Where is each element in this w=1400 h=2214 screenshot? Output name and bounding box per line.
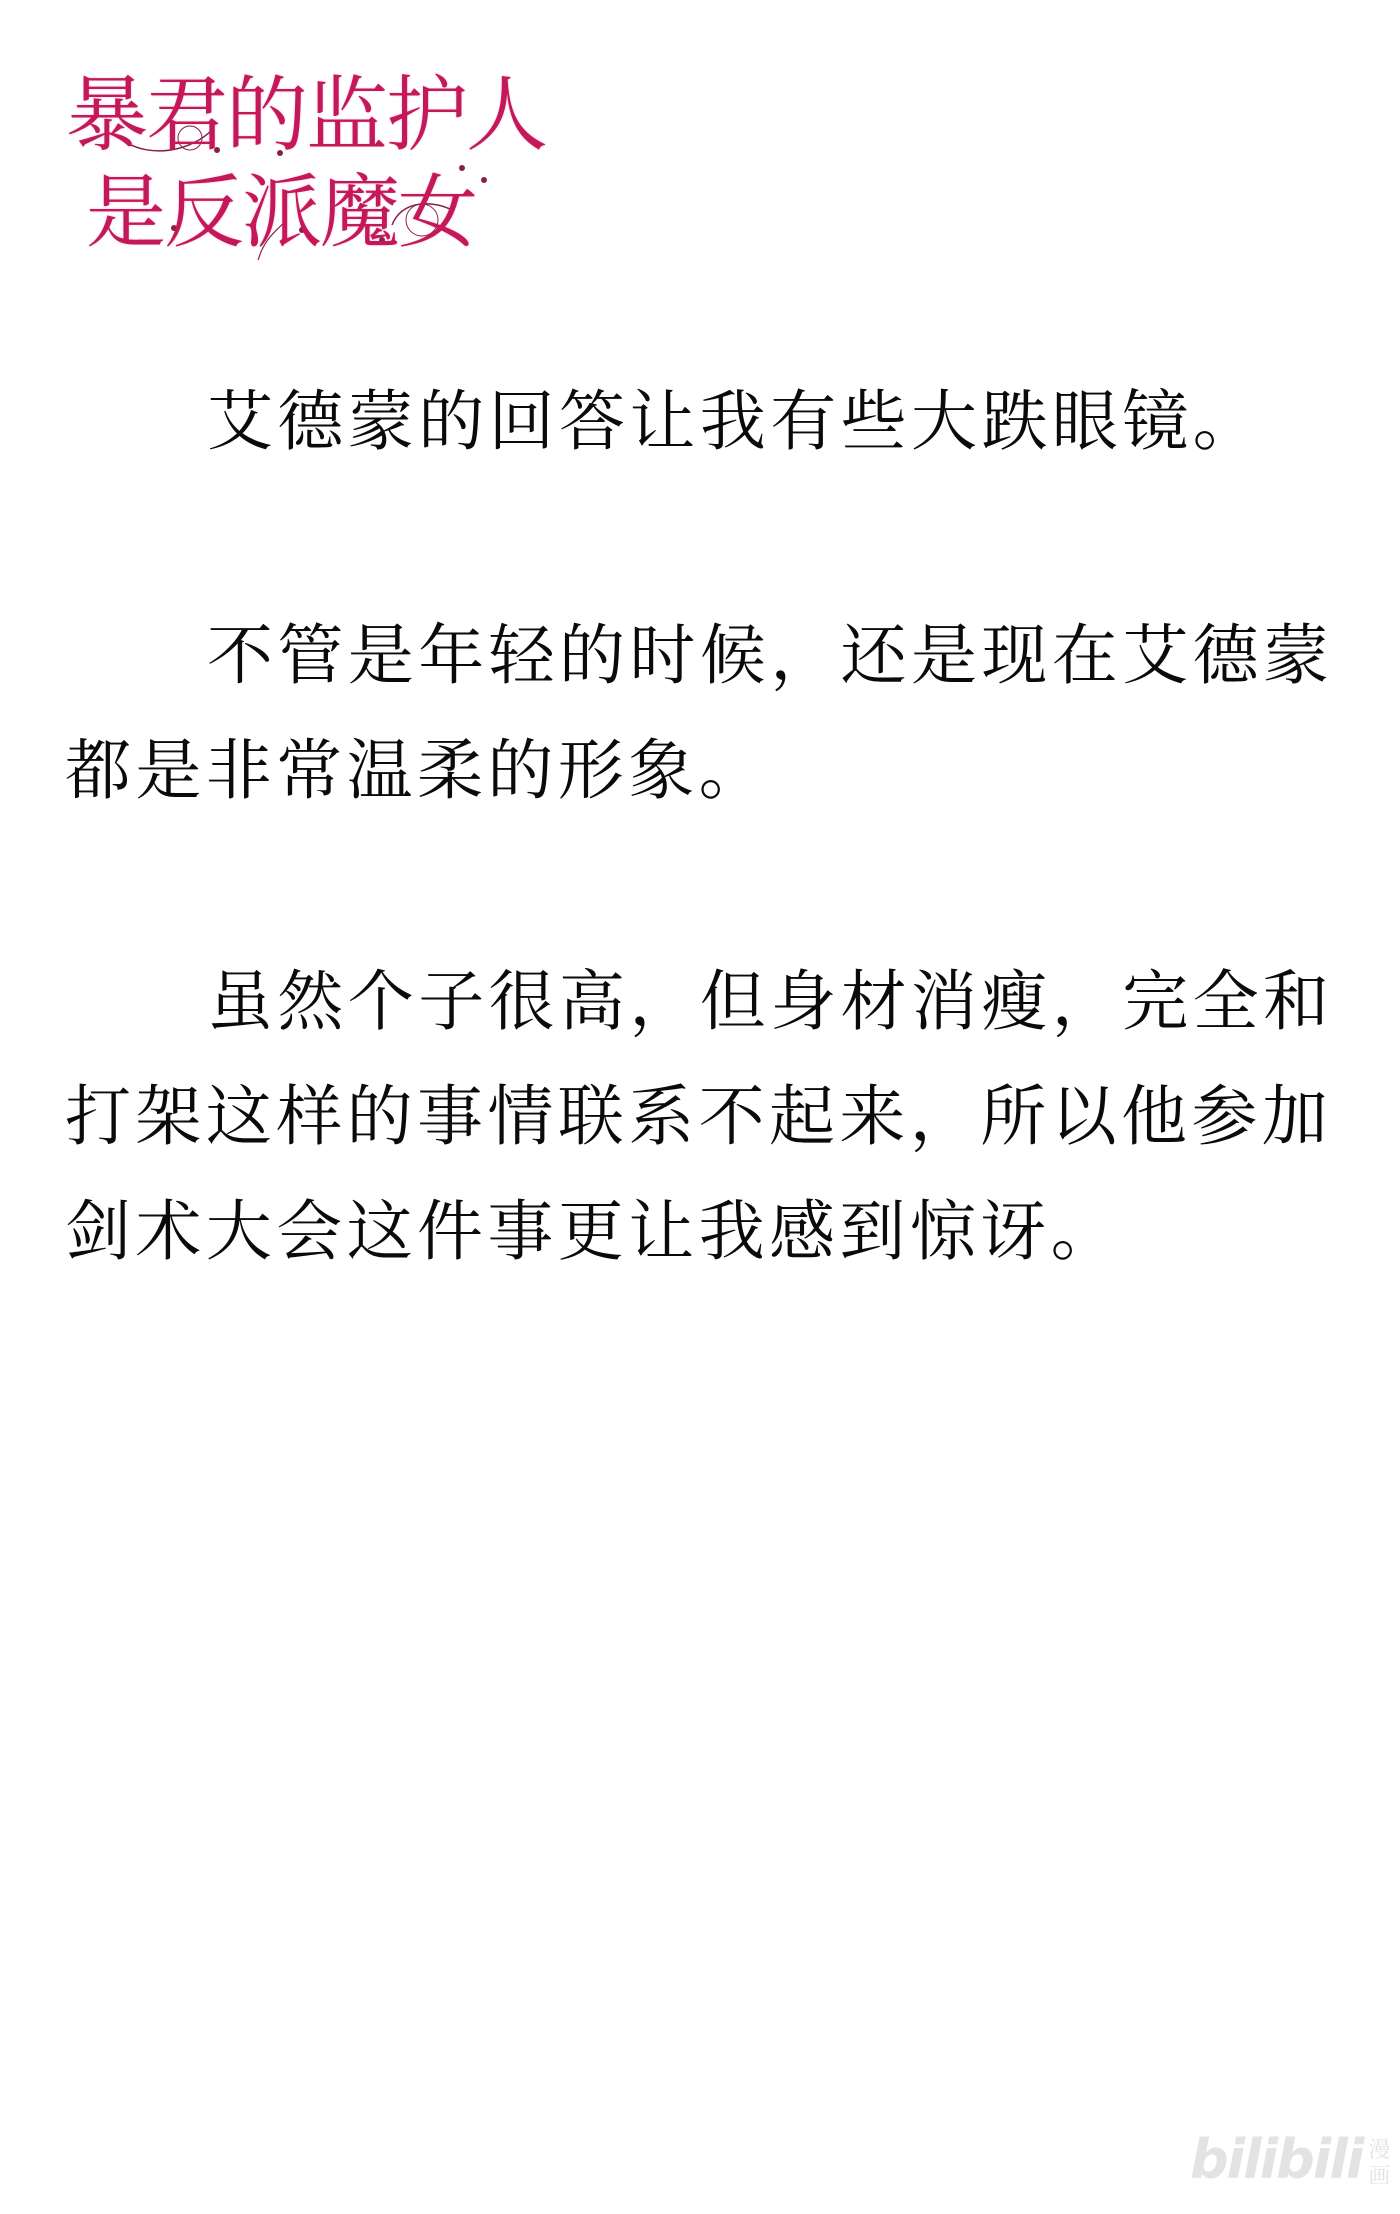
paragraph-line: 不管是年轻的时候，还是现在艾德蒙 (207, 616, 1333, 696)
paragraph-line: 虽然个子很高，但身材消瘦，完全和 (207, 962, 1333, 1042)
comic-title-logo: 暴君的监护人 是反派魔女 (62, 50, 492, 260)
paragraph-line: 剑术大会这件事更让我感到惊讶。 (65, 1192, 1121, 1272)
paragraph-line: 都是非常温柔的形象。 (65, 731, 769, 811)
logo-title-line-2: 是反派魔女 (86, 148, 476, 263)
bilibili-manga-watermark: bilibili 漫画 (1190, 2120, 1394, 2190)
watermark-label: 漫画 (1368, 2138, 1394, 2190)
watermark-brand: bilibili (1190, 2130, 1362, 2190)
paragraph-line: 艾德蒙的回答让我有些大跌眼镜。 (207, 382, 1263, 462)
paragraph-line: 打架这样的事情联系不起来，所以他参加 (65, 1077, 1332, 1157)
